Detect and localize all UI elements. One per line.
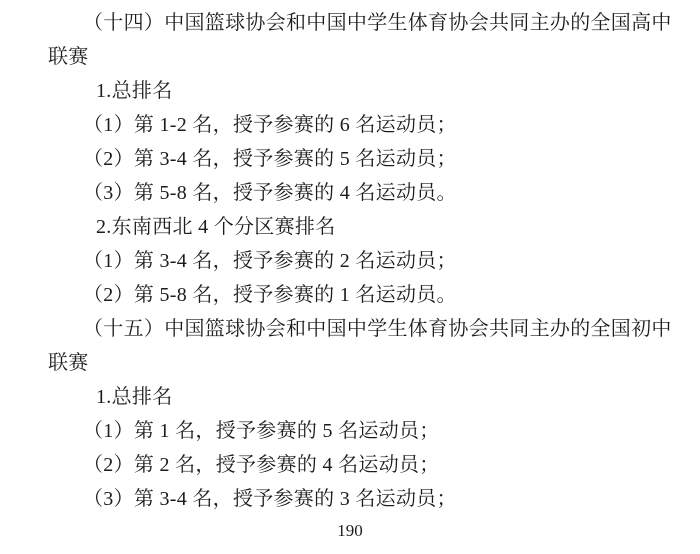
sub-heading-line: 1.总排名 <box>48 380 656 414</box>
list-item-line: （2）第 3-4 名，授予参赛的 5 名运动员； <box>48 142 656 176</box>
section-heading-line: （十四）中国篮球协会和中国中学生体育协会共同主办的全国高中 <box>48 6 656 40</box>
sub-heading-line: 1.总排名 <box>48 74 656 108</box>
page-number: 190 <box>0 521 700 541</box>
section-heading-continuation-line: 联赛 <box>48 346 656 380</box>
sub-heading-line: 2.东南西北 4 个分区赛排名 <box>48 210 656 244</box>
section-heading-line: （十五）中国篮球协会和中国中学生体育协会共同主办的全国初中 <box>48 312 656 346</box>
section-heading-continuation-line: 联赛 <box>48 40 656 74</box>
list-item-line: （2）第 2 名，授予参赛的 4 名运动员； <box>48 448 656 482</box>
list-item-line: （3）第 5-8 名，授予参赛的 4 名运动员。 <box>48 176 656 210</box>
list-item-line: （1）第 1-2 名，授予参赛的 6 名运动员； <box>48 108 656 142</box>
list-item-line: （1）第 1 名，授予参赛的 5 名运动员； <box>48 414 656 448</box>
list-item-line: （2）第 5-8 名，授予参赛的 1 名运动员。 <box>48 278 656 312</box>
list-item-line: （1）第 3-4 名，授予参赛的 2 名运动员； <box>48 244 656 278</box>
document-page: （十四）中国篮球协会和中国中学生体育协会共同主办的全国高中 联赛 1.总排名 （… <box>0 0 700 554</box>
list-item-line: （3）第 3-4 名，授予参赛的 3 名运动员； <box>48 482 656 516</box>
